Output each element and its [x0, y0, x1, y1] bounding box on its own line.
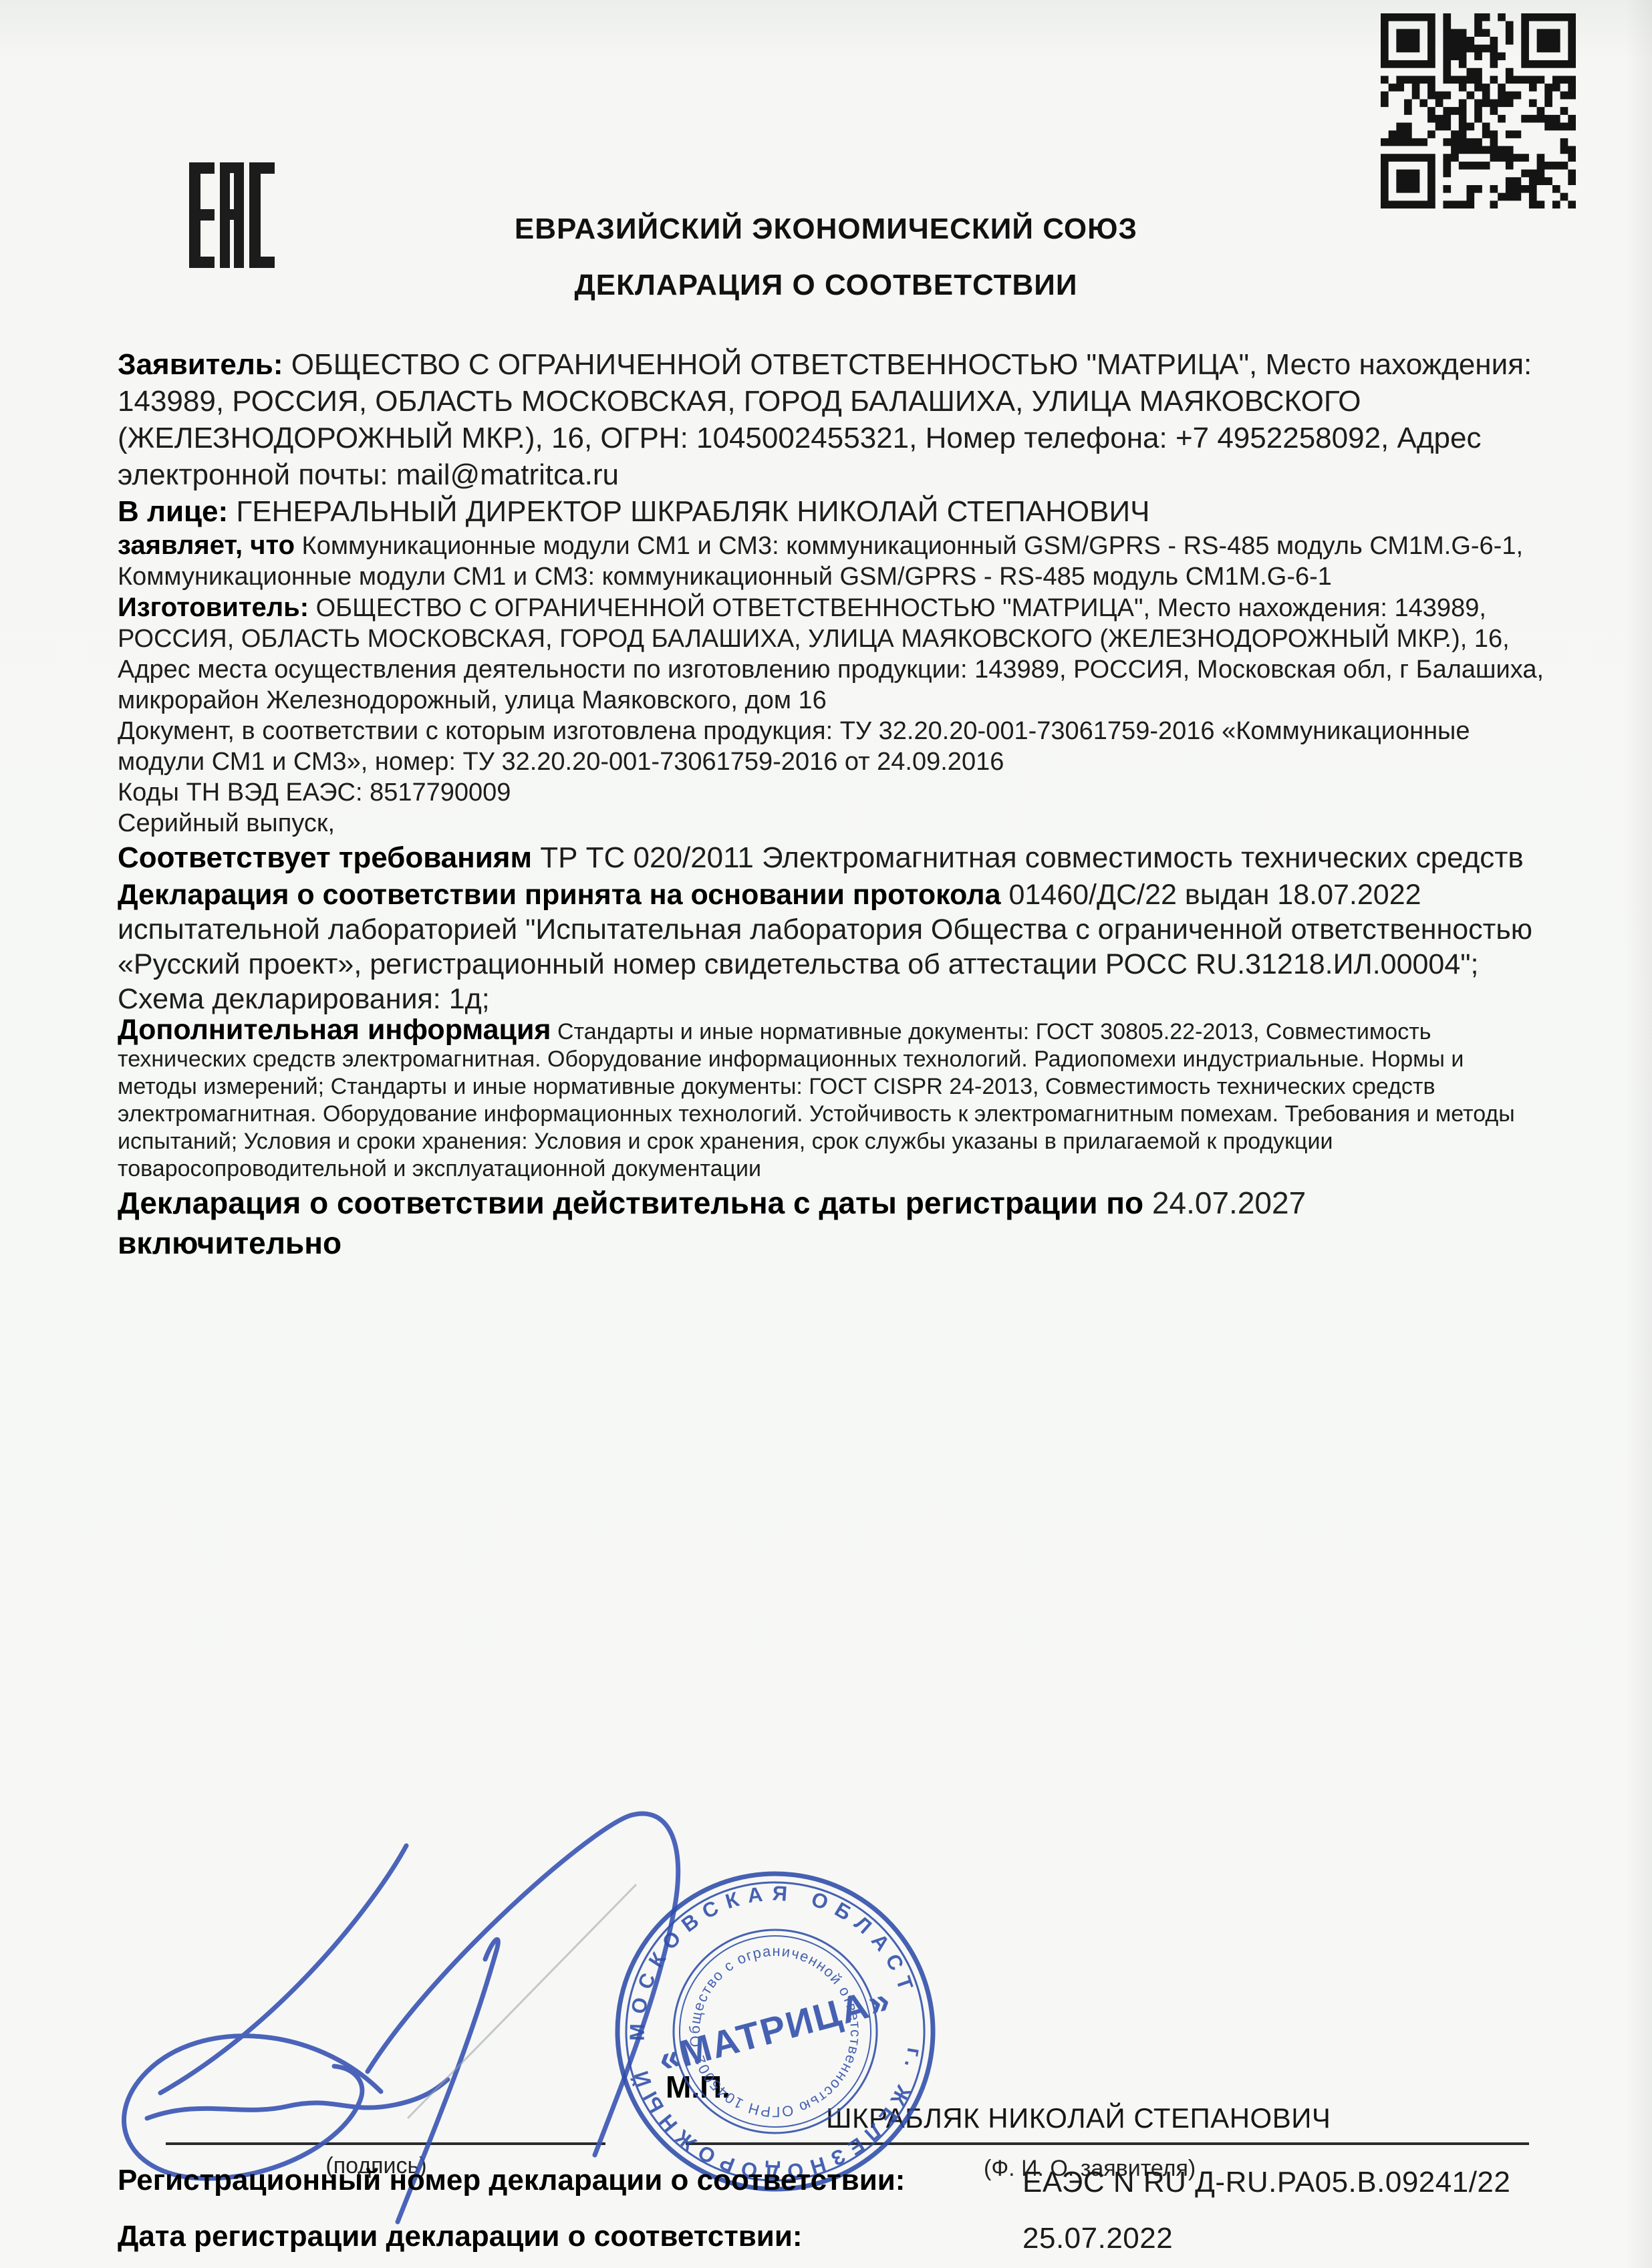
applicant-paragraph: Заявитель: ОБЩЕСТВО С ОГРАНИЧЕННОЙ ОТВЕТ… [118, 346, 1548, 530]
page-title: ЕВРАЗИЙСКИЙ ЭКОНОМИЧЕСКИЙ СОЮЗ [0, 212, 1652, 246]
validity-label: Декларация о соответствии действительна … [118, 1185, 1143, 1220]
registration-date-value: 25.07.2022 [1022, 2222, 1173, 2255]
additional-info-label: Дополнительная информация [118, 1014, 551, 1046]
manufacturer-label: Изготовитель: [118, 593, 309, 622]
declares-label: заявляет, что [118, 531, 295, 560]
qr-code [1381, 13, 1576, 208]
registration-number-label: Регистрационный номер декларации о соотв… [118, 2164, 905, 2197]
basis-paragraph: Декларация о соответствии принята на осн… [118, 877, 1548, 1016]
validity-date: 24.07.2027 [1143, 1185, 1306, 1220]
declaration-document: ЕВРАЗИЙСКИЙ ЭКОНОМИЧЕСКИЙ СОЮЗ ДЕКЛАРАЦИ… [0, 0, 1652, 2268]
in-person-label: В лице: [118, 495, 228, 528]
document-basis-text: Документ, в соответствии с которым изгот… [118, 716, 1548, 777]
registration-number-value: ЕАЭС N RU Д-RU.РА05.В.09241/22 [1022, 2166, 1510, 2199]
basis-label: Декларация о соответствии принята на осн… [118, 879, 1001, 911]
registration-date-label: Дата регистрации декларации о соответств… [118, 2220, 803, 2253]
compliance-label: Соответствует требованиям [118, 841, 532, 874]
company-stamp: МОСКОВСКАЯ ОБЛАСТЬ г. ЖЕЛЕЗНОДОРОЖНЫЙ Об… [608, 1864, 942, 2199]
compliance-paragraph: Соответствует требованиям ТР ТС 020/2011… [118, 839, 1548, 877]
additional-info-paragraph: Дополнительная информация Стандарты и ин… [118, 1016, 1548, 1183]
declares-paragraph: заявляет, что Коммуникационные модули СМ… [118, 530, 1548, 839]
applicant-text: ОБЩЕСТВО С ОГРАНИЧЕННОЙ ОТВЕТСТВЕННОСТЬЮ… [118, 348, 1532, 491]
validity-inclusive: включительно [118, 1223, 1548, 1263]
tnved-code: Коды ТН ВЭД ЕАЭС: 8517790009 [118, 777, 1548, 808]
compliance-text: ТР ТС 020/2011 Электромагнитная совмести… [532, 841, 1524, 874]
manufacturer-text: ОБЩЕСТВО С ОГРАНИЧЕННОЙ ОТВЕТСТВЕННОСТЬЮ… [118, 594, 1544, 714]
document-body: Заявитель: ОБЩЕСТВО С ОГРАНИЧЕННОЙ ОТВЕТ… [118, 346, 1548, 1263]
applicant-label: Заявитель: [118, 348, 283, 381]
document-title: ДЕКЛАРАЦИЯ О СООТВЕТСТВИИ [0, 269, 1652, 302]
validity-paragraph: Декларация о соответствии действительна … [118, 1183, 1548, 1263]
product-text: Коммуникационные модули СМ1 и СМ3: комму… [118, 532, 1523, 591]
serial-release: Серийный выпуск, [118, 808, 1548, 839]
in-person-text: ГЕНЕРАЛЬНЫЙ ДИРЕКТОР ШКРАБЛЯК НИКОЛАЙ СТ… [228, 495, 1149, 528]
